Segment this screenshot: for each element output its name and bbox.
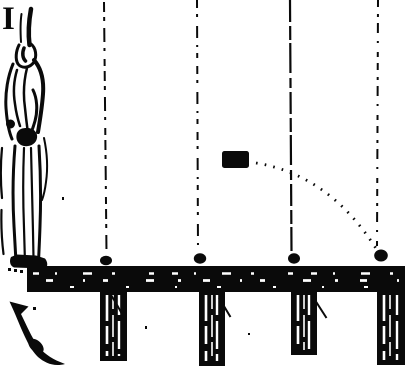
pendulum-string (377, 0, 378, 247)
ink-speck (14, 269, 17, 272)
block-rect (222, 151, 249, 168)
pendulum-strings (104, 0, 378, 253)
ink-speck (20, 270, 23, 273)
person-stroke (24, 68, 28, 133)
platform-beam (27, 266, 405, 292)
person-stroke (1, 210, 3, 254)
pendulum-ball (374, 250, 388, 262)
ink-speck (62, 197, 64, 200)
person-stroke (39, 146, 41, 262)
motion-arrow (10, 302, 66, 366)
person-stroke (1, 148, 2, 198)
ink-speck (8, 268, 11, 271)
figure-label: I (2, 1, 15, 37)
person-stroke (31, 148, 34, 263)
person-stroke (29, 9, 31, 45)
standing-person-figure (1, 9, 47, 269)
person-stroke (16, 44, 35, 67)
person-stroke (14, 70, 20, 126)
ink-speck (248, 333, 250, 335)
pendulum-string (104, 2, 107, 253)
ink-speck (145, 326, 147, 329)
person-shape (16, 128, 37, 146)
pendulum-string (197, 0, 198, 251)
pendulum-ball (288, 253, 300, 263)
person-stroke (42, 138, 47, 200)
pendulum-balls (100, 250, 388, 266)
trajectory-dots (256, 163, 377, 250)
person-shape (6, 119, 15, 128)
pendulum-ball (100, 256, 112, 266)
pendulum-string (290, 0, 292, 251)
illustration-canvas: I (0, 0, 405, 369)
person-stroke (23, 48, 26, 61)
post-rect (377, 292, 405, 365)
trajectory-dotted-arc (256, 163, 377, 250)
person-stroke (23, 148, 25, 263)
beam-rect (27, 266, 405, 292)
woodcut-illustration: I (0, 0, 405, 369)
person-shape (10, 255, 47, 269)
arrow-body (10, 302, 66, 366)
person-stroke (13, 146, 16, 262)
pendulum-ball (194, 253, 206, 263)
ink-speck (33, 307, 36, 310)
flying-block (222, 151, 249, 168)
person-stroke (21, 14, 22, 42)
